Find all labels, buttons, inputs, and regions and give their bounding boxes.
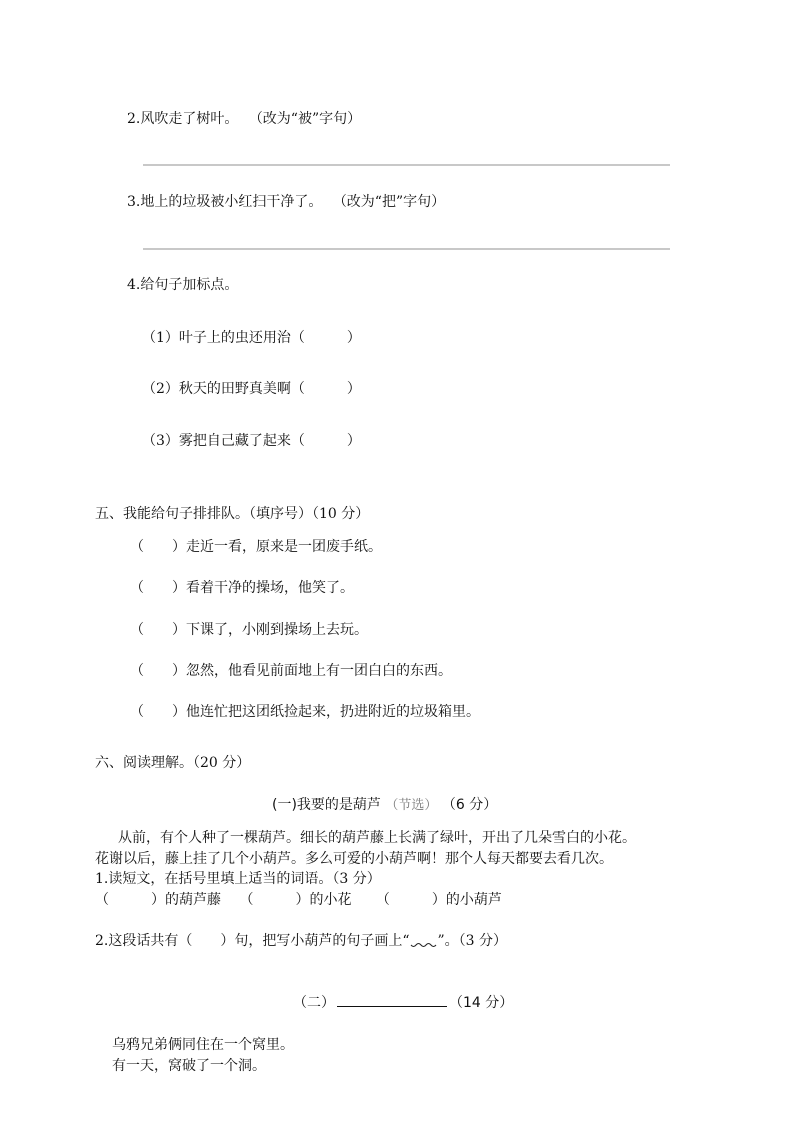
punctuation-item: （1）叶子上的虫还用治（ ）	[142, 327, 361, 347]
title-blank[interactable]	[337, 994, 447, 1007]
question-3: 3.地上的垃圾被小红扫干净了。 （改为“把”字句）	[127, 191, 445, 211]
passage-line-1: 从前，有个人种了一棵葫芦。细长的葫芦藤上长满了绿叶，开出了几朵雪白的小花。	[118, 827, 636, 847]
item-number: （2）	[142, 381, 179, 397]
reading-q2-text-end: ”。（3 分）	[438, 933, 508, 949]
ordering-item: （ ）看着干净的操场，他笑了。	[130, 577, 354, 597]
punctuation-item: （2）秋天的田野真美啊（ ）	[142, 378, 361, 398]
word-label: 的小花	[309, 892, 351, 908]
order-text: 忽然，他看见前面地上有一团白白的东西。	[186, 663, 452, 679]
wavy-underline-icon	[410, 941, 438, 949]
order-text: 下课了，小刚到操场上去玩。	[186, 622, 368, 638]
question-4-title: 4.给句子加标点。	[127, 274, 238, 294]
item-text: 雾把自己藏了起来	[179, 433, 291, 449]
reading-q2-text: 2.这段话共有（ ）句，把写小葫芦的句子画上“	[95, 933, 410, 949]
word-blank[interactable]: （ ）	[239, 892, 309, 908]
item-blank[interactable]: （ ）	[291, 381, 361, 397]
item-blank[interactable]: （ ）	[291, 330, 361, 346]
answer-line-q3[interactable]	[143, 248, 670, 250]
word-label: 的葫芦藤	[165, 892, 221, 908]
order-text: 他连忙把这团纸捡起来，扔进附近的垃圾箱里。	[186, 704, 480, 720]
part2-score: （14 分）	[449, 995, 513, 1011]
order-text: 走近一看，原来是一团废手纸。	[186, 539, 382, 555]
part2-line-2: 有一天，窝破了一个洞。	[112, 1055, 266, 1075]
ordering-item: （ ）忽然，他看见前面地上有一团白白的东西。	[130, 660, 452, 680]
order-blank[interactable]: （ ）	[130, 622, 186, 638]
section-6-title: 六、阅读理解。（20 分）	[95, 752, 250, 772]
section-5-title: 五、我能给句子排排队。（填序号）（10 分）	[95, 503, 369, 523]
passage-title: (一)我要的是葫芦	[272, 797, 381, 813]
question-2: 2.风吹走了树叶。 （改为“被”字句）	[127, 108, 361, 128]
order-text: 看着干净的操场，他笑了。	[186, 580, 354, 596]
item-number: （3）	[142, 433, 179, 449]
ordering-item: （ ）下课了，小刚到操场上去玩。	[130, 619, 368, 639]
excerpt-note: （节选）	[385, 798, 437, 813]
reading-part1-heading: (一)我要的是葫芦 （节选） （6 分）	[272, 794, 497, 814]
word-blank[interactable]: （ ）	[376, 892, 446, 908]
part2-label: （二）	[293, 995, 335, 1011]
order-blank[interactable]: （ ）	[130, 704, 186, 720]
reading-part2-heading: （二）（14 分）	[293, 992, 513, 1012]
part2-line-1: 乌鸦兄弟俩同住在一个窝里。	[112, 1034, 294, 1054]
passage-line-2: 花谢以后，藤上挂了几个小葫芦。多么可爱的小葫芦啊！那个人每天都要去看几次。	[95, 848, 613, 868]
order-blank[interactable]: （ ）	[130, 663, 186, 679]
reading-q1-blanks: （ ）的葫芦藤 （ ）的小花 （ ）的小葫芦	[95, 889, 502, 909]
item-text: 秋天的田野真美啊	[179, 381, 291, 397]
question-2-instruction: （改为“被”字句）	[249, 111, 361, 127]
order-blank[interactable]: （ ）	[130, 539, 186, 555]
reading-q1: 1.读短文，在括号里填上适当的词语。（3 分）	[95, 868, 381, 888]
order-blank[interactable]: （ ）	[130, 580, 186, 596]
punctuation-item: （3）雾把自己藏了起来（ ）	[142, 430, 361, 450]
question-2-text: 2.风吹走了树叶。	[127, 111, 238, 127]
item-text: 叶子上的虫还用治	[179, 330, 291, 346]
word-label: 的小葫芦	[446, 892, 502, 908]
answer-line-q2[interactable]	[143, 164, 670, 166]
reading-q2: 2.这段话共有（ ）句，把写小葫芦的句子画上“”。（3 分）	[95, 930, 507, 950]
question-3-instruction: （改为“把”字句）	[333, 194, 445, 210]
ordering-item: （ ）走近一看，原来是一团废手纸。	[130, 536, 382, 556]
item-blank[interactable]: （ ）	[291, 433, 361, 449]
item-number: （1）	[142, 330, 179, 346]
ordering-item: （ ）他连忙把这团纸捡起来，扔进附近的垃圾箱里。	[130, 701, 480, 721]
word-blank[interactable]: （ ）	[95, 892, 165, 908]
question-3-text: 3.地上的垃圾被小红扫干净了。	[127, 194, 322, 210]
part1-score: （6 分）	[442, 797, 497, 813]
